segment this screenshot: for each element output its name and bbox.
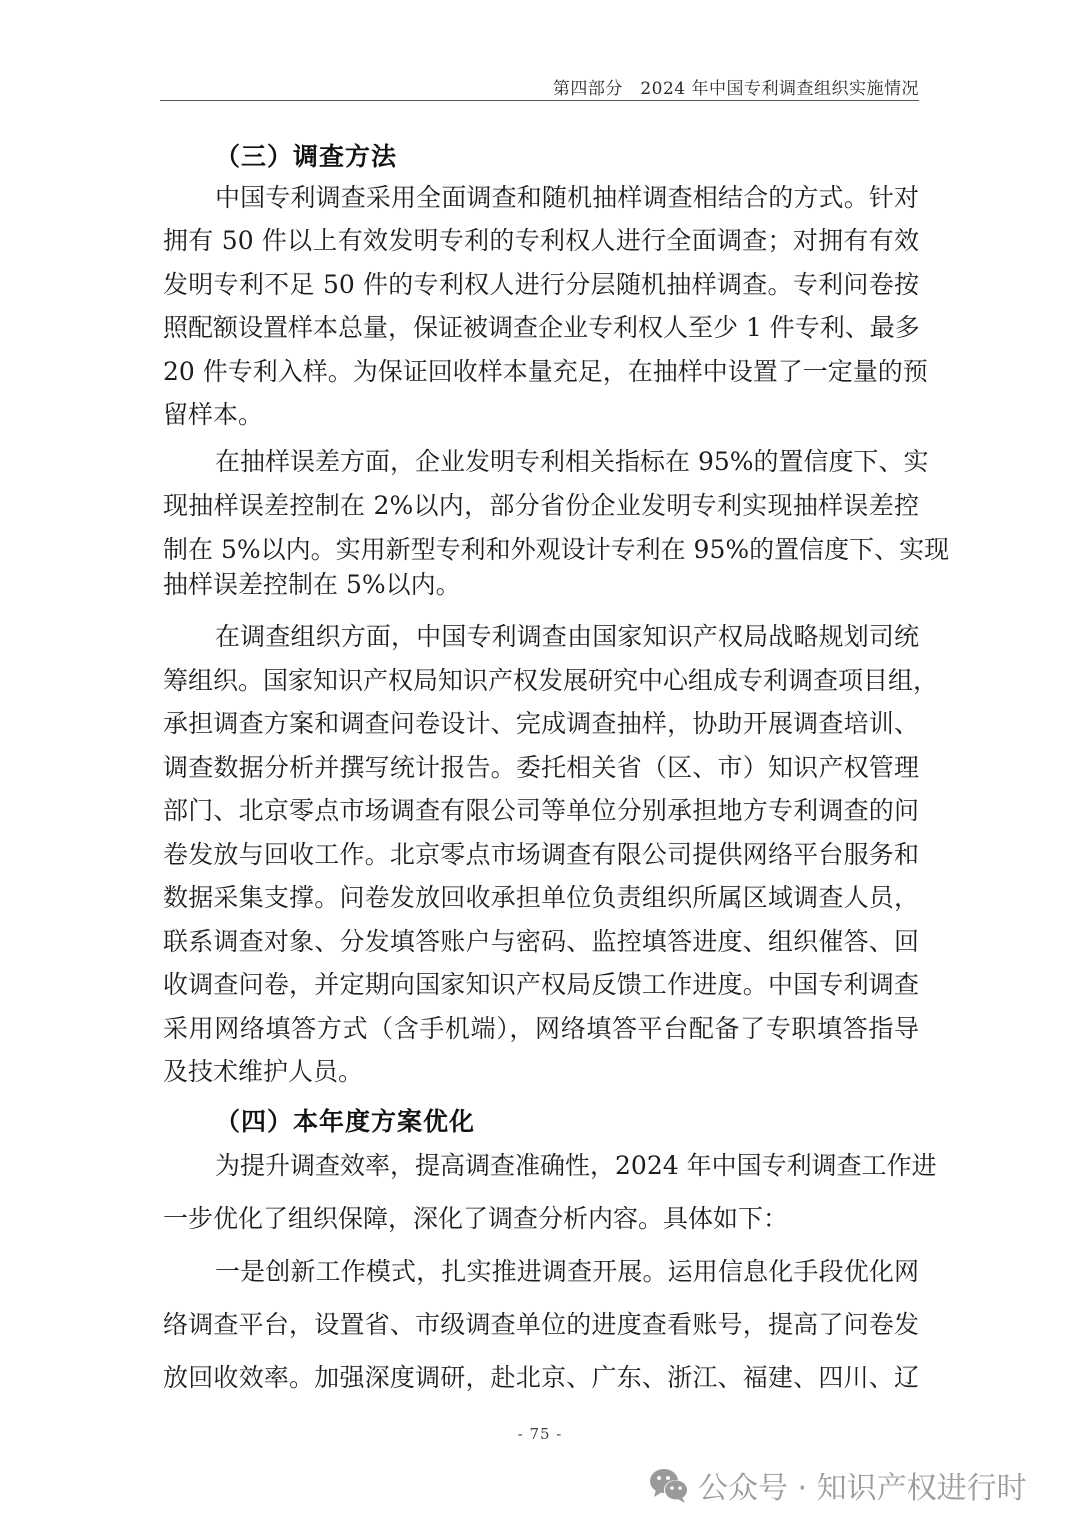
paragraph-line: 一是创新工作模式，扎实推进调查开展。运用信息化手段优化网 <box>215 1255 919 1289</box>
paragraph-line: 在调查组织方面，中国专利调查由国家知识产权局战略规划司统 <box>215 620 919 654</box>
paragraph-line: 抽样误差控制在 5%以内。 <box>163 568 461 602</box>
document-page: 第四部分 2024 年中国专利调查组织实施情况 （三）调查方法 中国专利调查采用… <box>0 0 1080 1527</box>
paragraph-line: 卷发放与回收工作。北京零点市场调查有限公司提供网络平台服务和 <box>163 838 919 872</box>
wechat-watermark: 公众号 · 知识产权进行时 <box>648 1460 1027 1510</box>
paragraph-line: 承担调查方案和调查问卷设计、完成调查抽样，协助开展调查培训、 <box>163 707 919 741</box>
paragraph-line: 部门、北京零点市场调查有限公司等单位分别承担地方专利调查的问 <box>163 794 919 828</box>
paragraph-line: 采用网络填答方式（含手机端），网络填答平台配备了专职填答指导 <box>163 1012 919 1046</box>
running-header: 第四部分 2024 年中国专利调查组织实施情况 <box>160 74 919 99</box>
paragraph-line: 放回收效率。加强深度调研，赴北京、广东、浙江、福建、四川、辽 <box>163 1361 919 1395</box>
paragraph-line: 收调查问卷，并定期向国家知识产权局反馈工作进度。中国专利调查 <box>163 968 919 1002</box>
section-heading-methods: （三）调查方法 <box>215 140 397 174</box>
page-number: - 75 - <box>0 1425 1080 1443</box>
wechat-icon <box>648 1466 690 1504</box>
paragraph-line: 发明专利不足 50 件的专利权人进行分层随机抽样调查。专利问卷按 <box>163 268 919 302</box>
paragraph-line: 照配额设置样本总量，保证被调查企业专利权人至少 1 件专利、最多 <box>163 311 919 345</box>
section-heading-optimization: （四）本年度方案优化 <box>215 1105 475 1139</box>
paragraph-line: 在抽样误差方面，企业发明专利相关指标在 95%的置信度下、实 <box>215 445 919 479</box>
paragraph-line: 20 件专利入样。为保证回收样本量充足，在抽样中设置了一定量的预 <box>163 355 919 389</box>
paragraph-line: 中国专利调查采用全面调查和随机抽样调查相结合的方式。针对 <box>215 181 919 215</box>
paragraph-line: 络调查平台，设置省、市级调查单位的进度查看账号，提高了问卷发 <box>163 1308 919 1342</box>
paragraph-line: 联系调查对象、分发填答账户与密码、监控填答进度、组织催答、回 <box>163 925 919 959</box>
paragraph-line: 制在 5%以内。实用新型专利和外观设计专利在 95%的置信度下、实现 <box>163 533 919 567</box>
paragraph-line: 筹组织。国家知识产权局知识产权发展研究中心组成专利调查项目组， <box>163 664 919 698</box>
watermark-text: 公众号 · 知识产权进行时 <box>698 1463 1027 1507</box>
paragraph-line: 调查数据分析并撰写统计报告。委托相关省（区、市）知识产权管理 <box>163 751 919 785</box>
header-rule <box>160 100 919 101</box>
paragraph-line: 留样本。 <box>163 398 263 432</box>
paragraph-line: 拥有 50 件以上有效发明专利的专利权人进行全面调查；对拥有有效 <box>163 224 919 258</box>
paragraph-line: 数据采集支撑。问卷发放回收承担单位负责组织所属区域调查人员， <box>163 881 919 915</box>
paragraph-line: 为提升调查效率，提高调查准确性，2024 年中国专利调查工作进 <box>215 1149 919 1183</box>
paragraph-line: 及技术维护人员。 <box>163 1055 363 1089</box>
paragraph-line: 现抽样误差控制在 2%以内，部分省份企业发明专利实现抽样误差控 <box>163 489 919 523</box>
paragraph-line: 一步优化了组织保障，深化了调查分析内容。具体如下： <box>163 1202 788 1236</box>
